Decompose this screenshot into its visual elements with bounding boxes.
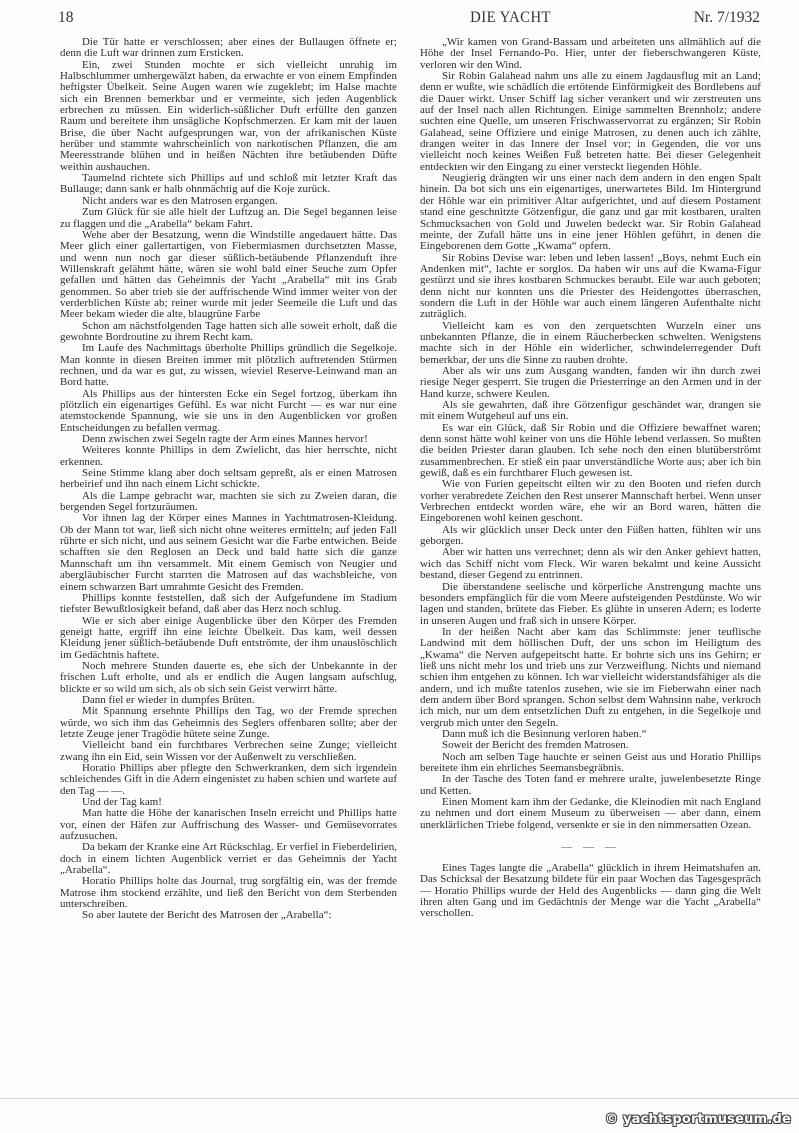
section-divider: — — — xyxy=(420,842,761,853)
paragraph: Die Tür hatte er verschlossen; aber eine… xyxy=(60,37,397,60)
page-number: 18 xyxy=(58,9,74,27)
paragraph: Soweit der Bericht des fremden Matrosen. xyxy=(420,740,761,751)
paragraph: In der Tasche des Toten fand er mehrere … xyxy=(420,774,761,797)
paragraph: Als sie gewahrten, daß ihre Götzenfigur … xyxy=(420,400,761,423)
paragraph: Als Phillips aus der hintersten Ecke ein… xyxy=(60,389,397,434)
paragraph: So aber lautete der Bericht des Matrosen… xyxy=(60,910,397,921)
paragraph: Wie von Furien gepeitscht eilten wir zu … xyxy=(420,479,761,524)
right-column: „Wir kamen von Grand-Bassam und arbeitet… xyxy=(420,37,761,920)
paragraph: Wehe aber der Besatzung, wenn die Windst… xyxy=(60,230,397,321)
paragraph: Im Laufe des Nachmittags überholte Phill… xyxy=(60,343,397,388)
paragraph: Es war ein Glück, daß Sir Robin und die … xyxy=(420,423,761,480)
paragraph: Aber als wir uns zum Ausgang wandten, fa… xyxy=(420,366,761,400)
paragraph: Sir Robin Galahead nahm uns alle zu eine… xyxy=(420,71,761,173)
paragraph: Einen Moment kam ihm der Gedanke, die Kl… xyxy=(420,797,761,831)
left-column: Die Tür hatte er verschlossen; aber eine… xyxy=(60,37,397,922)
paragraph: Weiteres konnte Phillips in dem Zwielich… xyxy=(60,445,397,468)
scan-edge-line xyxy=(0,1098,799,1099)
paragraph: Man hatte die Höhe der kanarischen Insel… xyxy=(60,808,397,842)
issue-number: Nr. 7/1932 xyxy=(694,9,760,27)
paragraph: Horatio Phillips aber pflegte den Schwer… xyxy=(60,763,397,797)
paragraph: Sir Robins Devise war: leben und leben l… xyxy=(420,253,761,321)
paragraph: Taumelnd richtete sich Phillips auf und … xyxy=(60,173,397,196)
magazine-title: DIE YACHT xyxy=(96,9,551,27)
paragraph: Vor ihnen lag der Körper eines Mannes in… xyxy=(60,513,397,592)
closing-paragraph: Eines Tages langte die „Arabella“ glückl… xyxy=(420,863,761,920)
copyright-watermark: © yachtsportmuseum.de xyxy=(605,1112,791,1127)
page-header: 18 DIE YACHT Nr. 7/1932 xyxy=(56,9,760,31)
magazine-page: 18 DIE YACHT Nr. 7/1932 Die Tür hatte er… xyxy=(0,0,799,1133)
paragraph: Phillips konnte feststellen, daß sich de… xyxy=(60,593,397,616)
paragraph: Noch am selben Tage hauchte er seinen Ge… xyxy=(420,752,761,775)
paragraph: Als die Lampe gebracht war, machten sie … xyxy=(60,491,397,514)
paragraph: Als wir glücklich unser Deck unter den F… xyxy=(420,525,761,548)
paragraph: Horatio Phillips holte das Journal, trug… xyxy=(60,876,397,910)
paragraph: Seine Stimme klang aber doch seltsam gep… xyxy=(60,468,397,491)
paragraph: Vielleicht band ein furchtbares Verbrech… xyxy=(60,740,397,763)
paragraph: Mit Spannung ersehnte Phillips den Tag, … xyxy=(60,706,397,740)
paragraph: Schon am nächstfolgenden Tage hatten sic… xyxy=(60,321,397,344)
paragraph: Da bekam der Kranke eine Art Rückschlag.… xyxy=(60,842,397,876)
paragraph: „Wir kamen von Grand-Bassam und arbeitet… xyxy=(420,37,761,71)
paragraph: Zum Glück für sie alle hielt der Luftzug… xyxy=(60,207,397,230)
paragraph: Vielleicht kam es von den zerquetschten … xyxy=(420,321,761,366)
paragraph: Neugierig drängten wir uns einer nach de… xyxy=(420,173,761,252)
paragraph: Wie er sich aber einige Augenblicke über… xyxy=(60,616,397,661)
paragraph: Noch mehrere Stunden dauerte es, ehe sic… xyxy=(60,661,397,695)
paragraph: In der heißen Nacht aber kam das Schlimm… xyxy=(420,627,761,729)
paragraph: Aber wir hatten uns verrechnet; denn als… xyxy=(420,547,761,581)
paragraph: Ein, zwei Stunden mochte er sich viellei… xyxy=(60,60,397,173)
paragraph: Die überstandene seelische und körperlic… xyxy=(420,582,761,627)
